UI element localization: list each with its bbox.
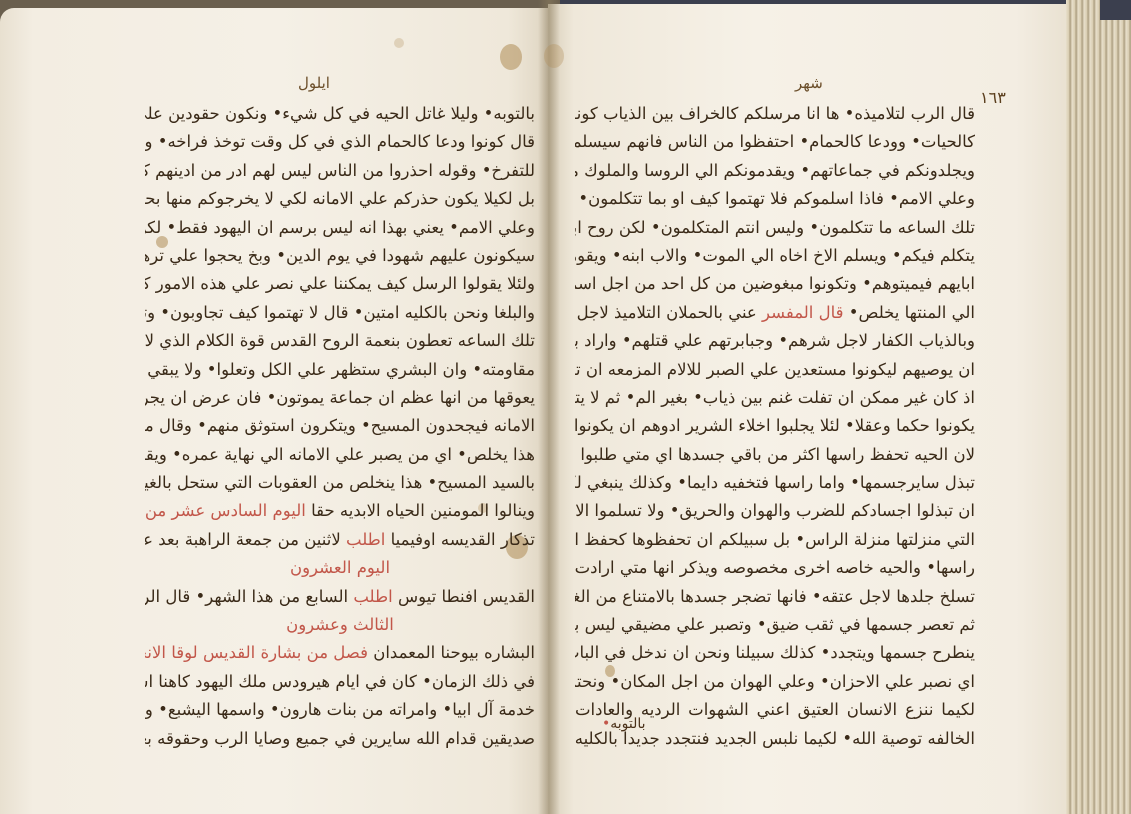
left-running-header: ايلول (298, 74, 330, 92)
text-line: صديقين قدام الله سايرين في جميع وصايا ال… (145, 725, 535, 753)
book-gutter (538, 0, 560, 814)
stain (394, 38, 404, 48)
text-line: اذ كان غير ممكن ان تفلت غنم بين ذياب• بغ… (575, 384, 975, 412)
text-segment: لاثنين من جمعة الراهبة بعد عيد الصليب من… (145, 530, 341, 549)
text-segment: عني بالحملان التلاميذ لاجل دعتهم (575, 303, 757, 322)
catchword-text: بالتوبه (610, 716, 645, 732)
background-corner (1100, 0, 1131, 20)
rubric-day-heading: اليوم السادس عشر من ايلول (145, 501, 306, 520)
text-line: لان الحيه تحفظ راسها اكثر من باقي جسدها … (575, 441, 975, 469)
text-line: للتفرخ• وقوله احذروا من الناس ليس لهم اد… (145, 157, 535, 185)
text-line: هذا يخلص• اي من يصبر علي الامانه الي نها… (145, 441, 535, 469)
text-line: يكونوا حكما وعقلا• لئلا يجلبوا اخلاء الش… (575, 412, 975, 440)
rubric-marker: اطلب (346, 530, 385, 549)
text-line: تبذل سايرجسمها• واما راسها فتخفيه دايما•… (575, 469, 975, 497)
text-line: بالسيد المسيح• هذا ينخلص من العقوبات الت… (145, 469, 535, 497)
text-segment: الي المنتها يخلص• (849, 303, 975, 322)
text-line: خدمة آل ابيا• وامراته من بنات هارون• واس… (145, 696, 535, 724)
folio-number: ١٦٣ (980, 88, 1006, 107)
text-segment: البشاره بيوحنا المعمدان (373, 643, 535, 662)
text-line: تلك الساعه تعطون بنعمة الروح القدس قوة ا… (145, 327, 535, 355)
page-fore-edge (1066, 0, 1131, 814)
text-line: سيكونون عليهم شهودا في يوم الدين• وبخ يح… (145, 242, 535, 270)
text-line-with-rubric: وينالوا المومنين الحياه الابديه حقا اليو… (145, 497, 535, 525)
text-line: وعلي الامم• فاذا اسلموكم فلا تهتموا كيف … (575, 185, 975, 213)
text-line: يتكلم فيكم• ويسلم الاخ اخاه الي الموت• و… (575, 242, 975, 270)
text-line-with-rubric: القديس افنطا تيوس اطلب السابع من هذا الش… (145, 583, 535, 611)
text-line: ينطرح جسمها ويتجدد• كذلك سبيلنا ونحن ان … (575, 639, 975, 667)
text-line: في ذلك الزمان• كان في ايام هيرودس ملك ال… (145, 668, 535, 696)
text-line: تلك الساعه ما تتكلمون• وليس انتم المتكلم… (575, 214, 975, 242)
text-line: ان يوصيهم ليكونوا مستعدين علي الصبر للال… (575, 356, 975, 384)
text-line: ثم تعصر جسمها في ثقب ضيق• وتصبر علي مضيق… (575, 611, 975, 639)
manuscript-spread: ايلول شهر ١٦٣ بالتوبه• وليلا غاتل الحيه … (0, 0, 1131, 814)
text-segment: القديس افنطا تيوس (398, 587, 535, 606)
text-line: بل لكيلا يكون حذركم علي الامانه لكي لا ي… (145, 185, 535, 213)
text-line: ان تبذلوا اجسادكم للضرب والهوان والحريق•… (575, 497, 975, 525)
text-line: اي نصبر علي الاحزان• وعلي الهوان من اجل … (575, 668, 975, 696)
text-line: الامانه فيجحدون المسيح• ويتكرون استوثق م… (145, 412, 535, 440)
text-segment: تذكار القديسه اوفيميا (391, 530, 535, 549)
text-line: مقاومته• وان البشري ستظهر علي الكل وتعلو… (145, 356, 535, 384)
text-line: التي منزلتها منزلة الراس• بل سبيلكم ان ت… (575, 526, 975, 554)
rubric-commentator-heading: قال المفسر (762, 303, 843, 322)
text-line: تسلخ جلدها لاجل عتقه• فانها تضجر جسدها ب… (575, 583, 975, 611)
right-text-block: قال الرب لتلاميذه• ها انا مرسلكم كالخراف… (575, 100, 975, 753)
text-segment: وينالوا المومنين الحياه الابديه حقا (311, 501, 535, 520)
text-line: راسها• والحيه خاصه اخرى مخصوصه ويذكر انه… (575, 554, 975, 582)
text-line: قال الرب لتلاميذه• ها انا مرسلكم كالخراف… (575, 100, 975, 128)
text-segment: السابع من هذا الشهر• قال الرب احذروا (145, 587, 348, 606)
text-line: كالحيات• وودعا كالحمام• احتفظوا من الناس… (575, 128, 975, 156)
text-line-with-rubric: الي المنتها يخلص• قال المفسر عني بالحملا… (575, 299, 975, 327)
rubric-day-heading: اليوم العشرون (145, 554, 535, 582)
text-line: قال كونوا ودعا كالحمام الذي في كل وقت تو… (145, 128, 535, 156)
rubric-gospel-heading: فصل من بشارة القديس لوقا الانجيلي (145, 643, 368, 662)
text-line: والبلغا ونحن بالكليه امتين• قال لا تهتمو… (145, 299, 535, 327)
left-text-block: بالتوبه• وليلا غاتل الحيه في كل شيء• ونك… (145, 100, 535, 753)
text-line: وبالذياب الكفار لاجل شرهم• وجبابرتهم علي… (575, 327, 975, 355)
text-line-with-rubric: تذكار القديسه اوفيميا اطلب لاثنين من جمع… (145, 526, 535, 554)
text-line: بالتوبه• وليلا غاتل الحيه في كل شيء• ونك… (145, 100, 535, 128)
rubric-marker: اطلب (353, 587, 392, 606)
text-line: وعلي الامم• يعني بهذا انه ليس برسم ان ال… (145, 214, 535, 242)
text-line: ابايهم فيميتوهم• وتكونوا مبغوضين من كل ا… (575, 270, 975, 298)
stain (500, 44, 522, 70)
text-line: يعوقها من انها عظم ان جماعة يموتون• فان … (145, 384, 535, 412)
stain (544, 44, 564, 68)
text-line: ويجلدونكم في جماعاتهم• ويقدمونكم الي الر… (575, 157, 975, 185)
rubric-day-heading: الثالث وعشرون (145, 611, 535, 639)
catchword: بالتوبه• (602, 716, 646, 732)
text-line-with-rubric: البشاره بيوحنا المعمدان فصل من بشارة الق… (145, 639, 535, 667)
text-line: ولئلا يقولوا الرسل كيف يمكننا علي نصر عل… (145, 270, 535, 298)
right-running-header: شهر (795, 74, 823, 92)
